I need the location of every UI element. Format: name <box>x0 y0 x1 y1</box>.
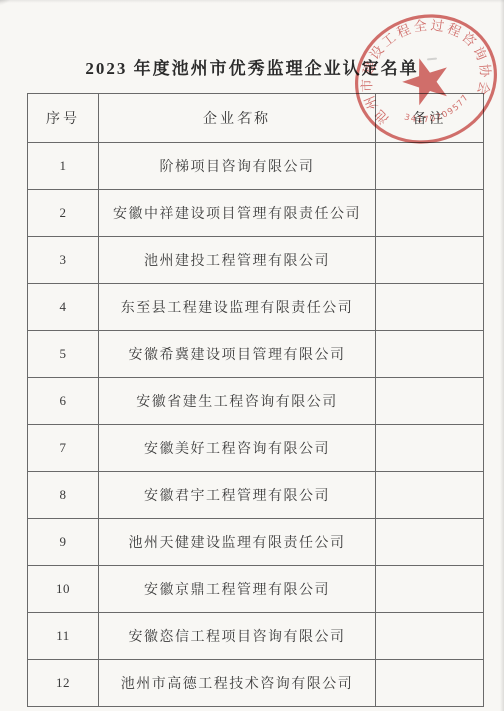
scan-edge-shadow <box>500 0 504 711</box>
recognition-table: 序号 企业名称 备注 1阶梯项目咨询有限公司2安徽中祥建设项目管理有限责任公司3… <box>27 93 484 707</box>
cell-name: 安徽京鼎工程管理有限公司 <box>99 566 376 613</box>
cell-remark <box>376 613 484 660</box>
cell-no: 11 <box>28 613 99 660</box>
cell-name: 安徽省建生工程咨询有限公司 <box>99 378 376 425</box>
cell-remark <box>376 190 484 237</box>
cell-name: 安徽美好工程咨询有限公司 <box>99 425 376 472</box>
cell-remark <box>376 378 484 425</box>
table-header-row: 序号 企业名称 备注 <box>28 94 484 143</box>
cell-remark <box>376 660 484 707</box>
scan-edge-shadow <box>0 0 504 3</box>
cell-no: 5 <box>28 331 99 378</box>
cell-no: 1 <box>28 143 99 190</box>
cell-no: 8 <box>28 472 99 519</box>
cell-remark <box>376 143 484 190</box>
cell-no: 10 <box>28 566 99 613</box>
cell-remark <box>376 425 484 472</box>
cell-no: 9 <box>28 519 99 566</box>
table-row: 2安徽中祥建设项目管理有限责任公司 <box>28 190 484 237</box>
cell-remark <box>376 284 484 331</box>
cell-no: 3 <box>28 237 99 284</box>
cell-name: 池州建投工程管理有限公司 <box>99 237 376 284</box>
cell-remark <box>376 331 484 378</box>
cell-name: 东至县工程建设监理有限责任公司 <box>99 284 376 331</box>
column-header-remark: 备注 <box>376 94 484 143</box>
cell-name: 安徽恣信工程项目咨询有限公司 <box>99 613 376 660</box>
cell-name: 阶梯项目咨询有限公司 <box>99 143 376 190</box>
cell-remark <box>376 566 484 613</box>
cell-name: 安徽中祥建设项目管理有限责任公司 <box>99 190 376 237</box>
table-row: 9池州天健建设监理有限责任公司 <box>28 519 484 566</box>
table-row: 12池州市高德工程技术咨询有限公司 <box>28 660 484 707</box>
table-row: 7安徽美好工程咨询有限公司 <box>28 425 484 472</box>
cell-remark <box>376 472 484 519</box>
column-header-no: 序号 <box>28 94 99 143</box>
table-row: 6安徽省建生工程咨询有限公司 <box>28 378 484 425</box>
table-row: 1阶梯项目咨询有限公司 <box>28 143 484 190</box>
table-row: 3池州建投工程管理有限公司 <box>28 237 484 284</box>
table-row: 8安徽君宇工程管理有限公司 <box>28 472 484 519</box>
cell-remark <box>376 237 484 284</box>
cell-name: 安徽君宇工程管理有限公司 <box>99 472 376 519</box>
cell-name: 池州天健建设监理有限责任公司 <box>99 519 376 566</box>
cell-remark <box>376 519 484 566</box>
cell-no: 2 <box>28 190 99 237</box>
cell-no: 12 <box>28 660 99 707</box>
cell-name: 安徽希冀建设项目管理有限公司 <box>99 331 376 378</box>
cell-no: 4 <box>28 284 99 331</box>
table-row: 4东至县工程建设监理有限责任公司 <box>28 284 484 331</box>
cell-no: 7 <box>28 425 99 472</box>
cell-no: 6 <box>28 378 99 425</box>
cell-name: 池州市高德工程技术咨询有限公司 <box>99 660 376 707</box>
table-row: 11安徽恣信工程项目咨询有限公司 <box>28 613 484 660</box>
table-row: 10安徽京鼎工程管理有限公司 <box>28 566 484 613</box>
column-header-name: 企业名称 <box>99 94 376 143</box>
table-row: 5安徽希冀建设项目管理有限公司 <box>28 331 484 378</box>
table-body: 1阶梯项目咨询有限公司2安徽中祥建设项目管理有限责任公司3池州建投工程管理有限公… <box>28 143 484 707</box>
document-page: 2023 年度池州市优秀监理企业认定名单 序号 企业名称 备注 1阶梯项目咨询有… <box>0 0 504 711</box>
scan-corner-smudge <box>0 0 12 6</box>
